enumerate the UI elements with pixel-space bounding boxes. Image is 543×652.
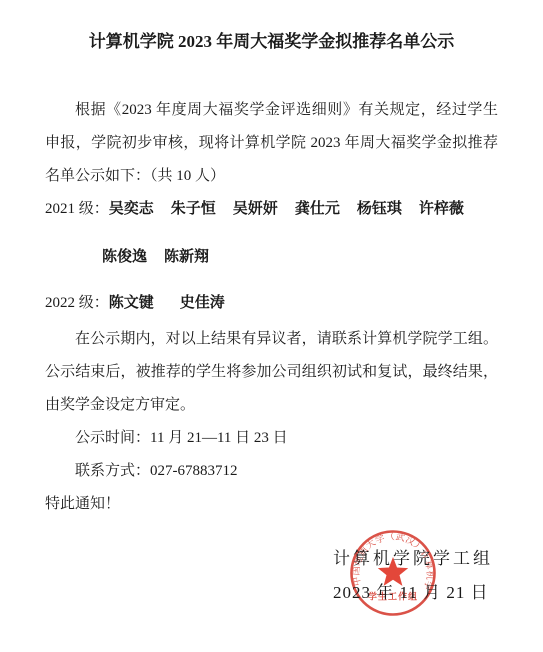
contact-value: 027-67883712 — [150, 463, 238, 479]
intro-paragraph: 根据《2023 年度周大福奖学金评选细则》有关规定，经过学生申报，学院初步审核，… — [45, 94, 498, 193]
document-title: 计算机学院 2023 年周大福奖学金拟推荐名单公示 — [45, 30, 498, 54]
student-name: 龚仕元 — [295, 201, 340, 217]
contact-line: 联系方式：027-67883712 — [45, 455, 498, 488]
publicity-time-label: 公示时间： — [75, 430, 150, 446]
student-name: 陈文键 — [109, 295, 154, 311]
roster-row-2021-continued: 陈俊逸陈新翔 — [45, 241, 498, 274]
student-name: 陈俊逸 — [102, 249, 147, 265]
student-name: 史佳涛 — [180, 295, 225, 311]
publicity-time-line: 公示时间：11 月 21—11 日 23 日 — [45, 422, 498, 455]
signature-date: 2023 年 11 月 21 日 — [333, 580, 493, 606]
signature-org: 计算机学院学工组 — [333, 546, 493, 572]
student-name: 许梓薇 — [419, 201, 464, 217]
document-page: 计算机学院 2023 年周大福奖学金拟推荐名单公示 根据《2023 年度周大福奖… — [0, 0, 543, 652]
document-content: 计算机学院 2023 年周大福奖学金拟推荐名单公示 根据《2023 年度周大福奖… — [0, 0, 543, 521]
roster-row-2021: 2021 级：吴奕志朱子恒吴妍妍龚仕元杨钰琪许梓薇 — [45, 193, 498, 226]
student-name: 吴妍妍 — [233, 201, 278, 217]
student-name: 吴奕志 — [109, 201, 154, 217]
student-name: 杨钰琪 — [357, 201, 402, 217]
student-name: 朱子恒 — [171, 201, 216, 217]
signature-block: 计算机学院学工组 2023 年 11 月 21 日 — [333, 546, 493, 606]
contact-label: 联系方式： — [75, 463, 150, 479]
student-name: 陈新翔 — [164, 249, 209, 265]
roster-row-2022: 2022 级：陈文键史佳涛 — [45, 287, 498, 320]
closing-line: 特此通知！ — [45, 488, 498, 521]
grade-label-2021: 2021 级： — [45, 201, 109, 217]
notice-paragraph: 在公示期内，对以上结果有异议者，请联系计算机学院学工组。公示结束后，被推荐的学生… — [45, 323, 498, 422]
publicity-time-value: 11 月 21—11 日 23 日 — [150, 430, 288, 446]
grade-label-2022: 2022 级： — [45, 295, 109, 311]
